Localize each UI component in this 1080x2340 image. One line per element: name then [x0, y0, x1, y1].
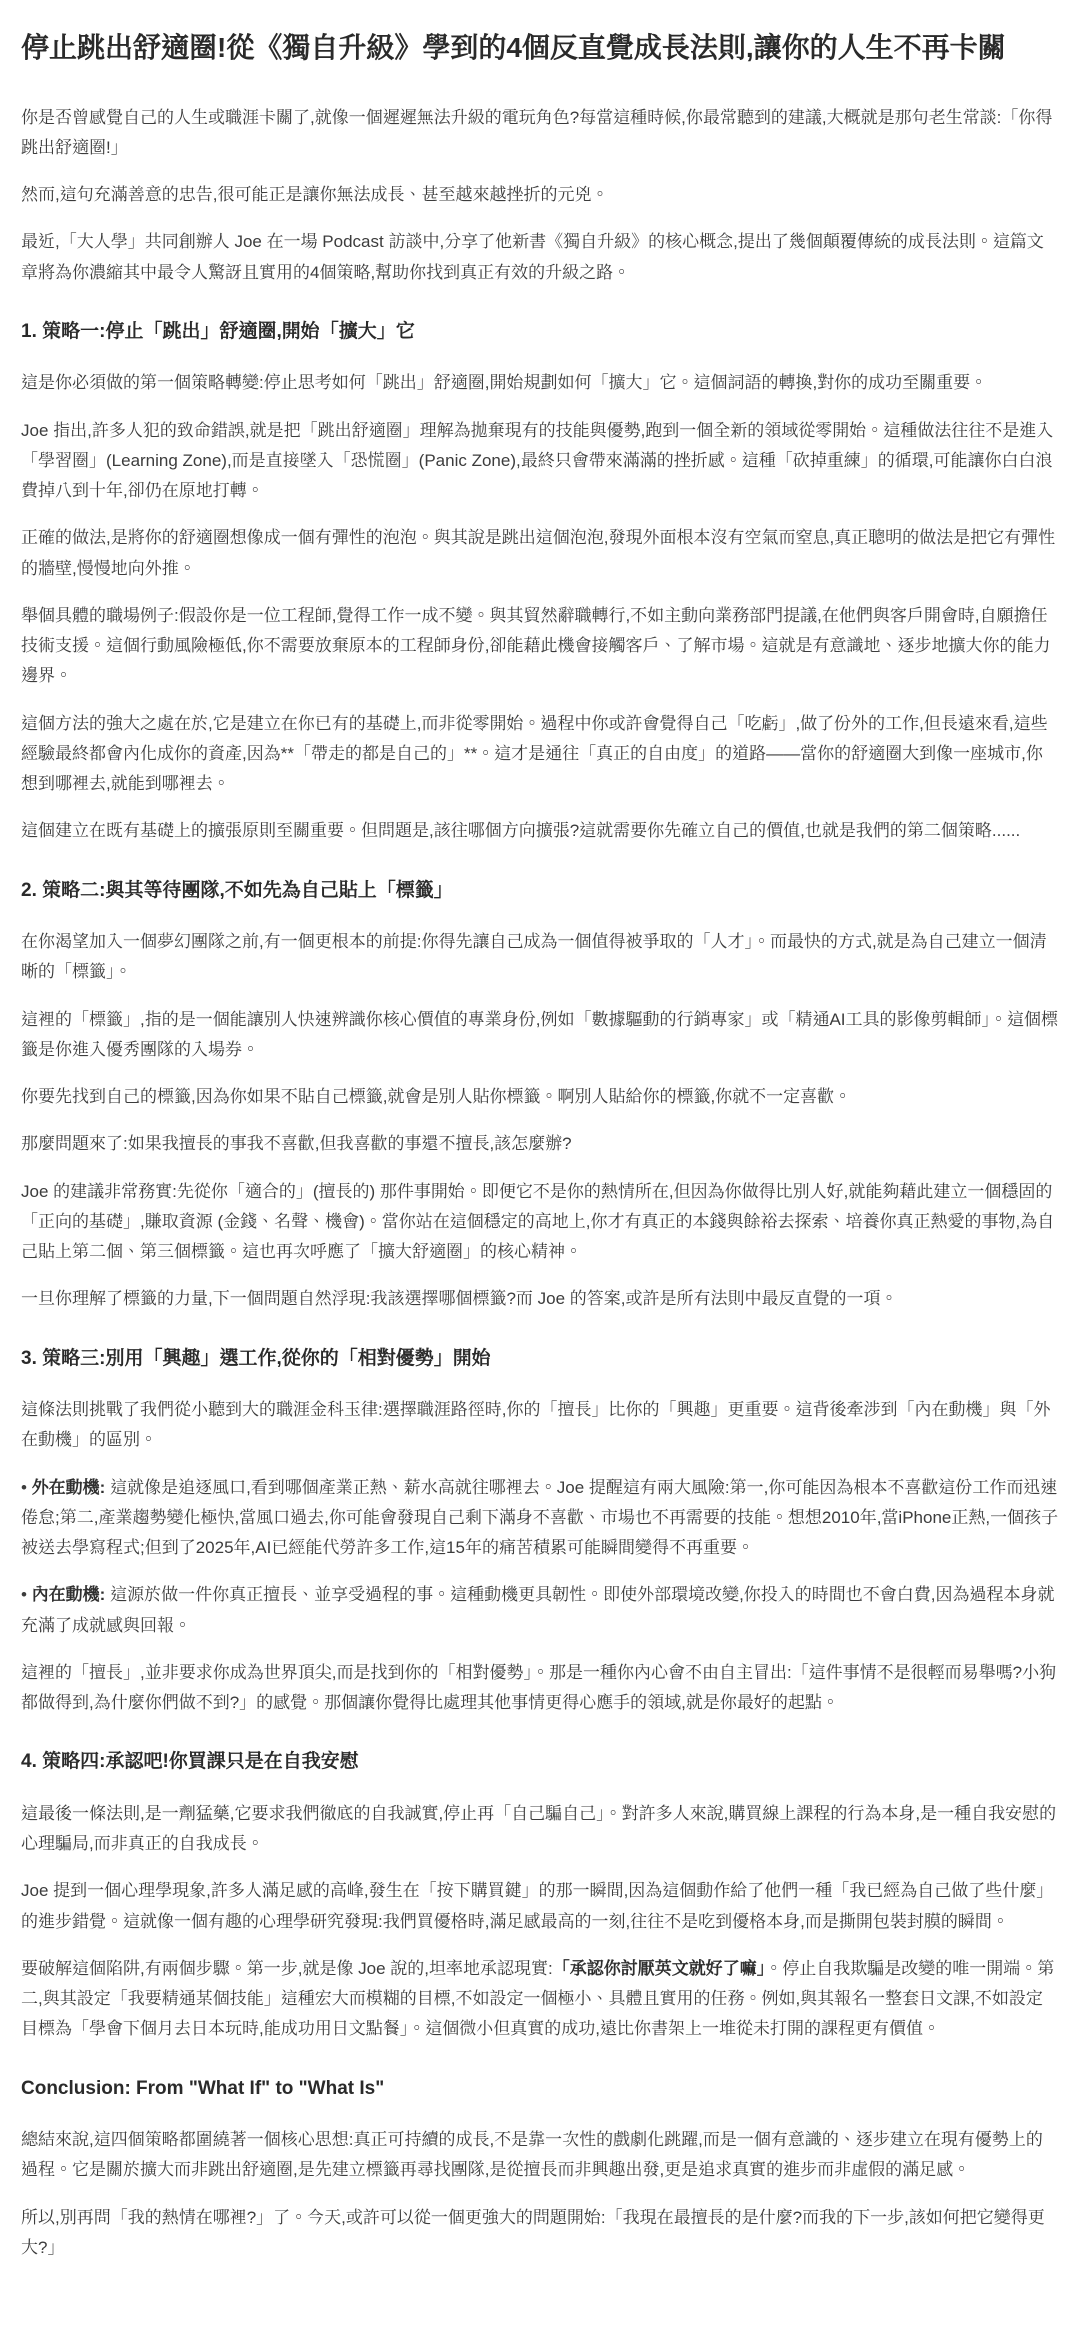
article-paragraph: 一旦你理解了標籤的力量,下一個問題自然浮現:我該選擇哪個標籤?而 Joe 的答案…	[21, 1284, 1059, 1314]
body-text: 要破解這個陷阱,有兩個步驟。第一步,就是像 Joe 說的,坦率地承認現實:	[21, 1959, 553, 1978]
section-heading: 2. 策略二:與其等待團隊,不如先為自己貼上「標籤」	[21, 877, 1059, 906]
section-heading: 1. 策略一:停止「跳出」舒適圈,開始「擴大」它	[21, 318, 1059, 347]
article-paragraph: 這條法則挑戰了我們從小聽到大的職涯金科玉律:選擇職涯路徑時,你的「擅長」比你的「…	[21, 1395, 1059, 1456]
article-page: 停止跳出舒適圈!從《獨自升級》學到的4個反直覺成長法則,讓你的人生不再卡關 你是…	[0, 0, 1080, 2340]
body-text: 總結來說,這四個策略都圍繞著一個核心思想:真正可持續的成長,不是靠一次性的戲劇化…	[21, 2130, 1043, 2179]
section-heading: 4. 策略四:承認吧!你買課只是在自我安慰	[21, 1748, 1059, 1777]
article-paragraph: 舉個具體的職場例子:假設你是一位工程師,覺得工作一成不變。與其貿然辭職轉行,不如…	[21, 601, 1059, 692]
body-text: 然而,這句充滿善意的忠告,很可能正是讓你無法成長、甚至越來越挫折的元兇。	[21, 185, 608, 204]
body-text: 這裡的「標籤」,指的是一個能讓別人快速辨識你核心價值的專業身份,例如「數據驅動的…	[21, 1010, 1058, 1059]
article-paragraph: 這是你必須做的第一個策略轉變:停止思考如何「跳出」舒適圈,開始規劃如何「擴大」它…	[21, 368, 1059, 398]
article-paragraph: 這裡的「擅長」,並非要求你成為世界頂尖,而是找到你的「相對優勢」。那是一種你內心…	[21, 1658, 1059, 1719]
article-paragraph: Joe 的建議非常務實:先從你「適合的」(擅長的) 那件事開始。即便它不是你的熱…	[21, 1177, 1059, 1268]
article-paragraph: 這最後一條法則,是一劑猛藥,它要求我們徹底的自我誠實,停止再「自己騙自己」。對許…	[21, 1799, 1059, 1860]
body-text: Joe 的建議非常務實:先從你「適合的」(擅長的) 那件事開始。即便它不是你的熱…	[21, 1182, 1054, 1262]
body-text: 舉個具體的職場例子:假設你是一位工程師,覺得工作一成不變。與其貿然辭職轉行,不如…	[21, 606, 1050, 686]
article-paragraph: 你要先找到自己的標籤,因為你如果不貼自己標籤,就會是別人貼你標籤。啊別人貼給你的…	[21, 1082, 1059, 1112]
article-paragraph: 這個建立在既有基礎上的擴張原則至關重要。但問題是,該往哪個方向擴張?這就需要你先…	[21, 816, 1059, 846]
body-text: 1. 策略一:停止「跳出」舒適圈,開始「擴大」它	[21, 321, 415, 342]
article-paragraph: Joe 指出,許多人犯的致命錯誤,就是把「跳出舒適圈」理解為拋棄現有的技能與優勢…	[21, 416, 1059, 507]
article-title: 停止跳出舒適圈!從《獨自升級》學到的4個反直覺成長法則,讓你的人生不再卡關	[21, 28, 1059, 69]
body-text: 這裡的「擅長」,並非要求你成為世界頂尖,而是找到你的「相對優勢」。那是一種你內心…	[21, 1663, 1056, 1712]
body-text: 這個建立在既有基礎上的擴張原則至關重要。但問題是,該往哪個方向擴張?這就需要你先…	[21, 821, 1020, 840]
body-text: Joe 指出,許多人犯的致命錯誤,就是把「跳出舒適圈」理解為拋棄現有的技能與優勢…	[21, 421, 1053, 501]
body-text: 最近,「大人學」共同創辦人 Joe 在一場 Podcast 訪談中,分享了他新書…	[21, 232, 1044, 281]
bold-text: 內在動機:	[32, 1585, 106, 1604]
body-text: •	[21, 1478, 32, 1497]
article-paragraph: 正確的做法,是將你的舒適圈想像成一個有彈性的泡泡。與其說是跳出這個泡泡,發現外面…	[21, 523, 1059, 584]
article-paragraph: 最近,「大人學」共同創辦人 Joe 在一場 Podcast 訪談中,分享了他新書…	[21, 227, 1059, 288]
body-text: 那麼問題來了:如果我擅長的事我不喜歡,但我喜歡的事還不擅長,該怎麼辦?	[21, 1134, 572, 1153]
body-text: 所以,別再問「我的熱情在哪裡?」了。今天,或許可以從一個更強大的問題開始:「我現…	[21, 2208, 1045, 2257]
bullet-paragraph: • 外在動機: 這就像是追逐風口,看到哪個產業正熱、薪水高就往哪裡去。Joe 提…	[21, 1473, 1059, 1564]
body-text: 這條法則挑戰了我們從小聽到大的職涯金科玉律:選擇職涯路徑時,你的「擅長」比你的「…	[21, 1400, 1050, 1449]
body-text: 2. 策略二:與其等待團隊,不如先為自己貼上「標籤」	[21, 880, 453, 901]
section-heading: 3. 策略三:別用「興趣」選工作,從你的「相對優勢」開始	[21, 1345, 1059, 1374]
bold-text: 「承認你討厭英文就好了嘛」	[553, 1959, 766, 1978]
body-text: Conclusion: From "What If" to "What Is"	[21, 2078, 384, 2099]
body-text: 你要先找到自己的標籤,因為你如果不貼自己標籤,就會是別人貼你標籤。啊別人貼給你的…	[21, 1087, 851, 1106]
bold-text: 外在動機:	[32, 1478, 106, 1497]
bullet-paragraph: • 內在動機: 這源於做一件你真正擅長、並享受過程的事。這種動機更具韌性。即使外…	[21, 1580, 1059, 1641]
body-text: 3. 策略三:別用「興趣」選工作,從你的「相對優勢」開始	[21, 1348, 491, 1369]
article-paragraph: 總結來說,這四個策略都圍繞著一個核心思想:真正可持續的成長,不是靠一次性的戲劇化…	[21, 2125, 1059, 2186]
article-paragraph: 所以,別再問「我的熱情在哪裡?」了。今天,或許可以從一個更強大的問題開始:「我現…	[21, 2203, 1059, 2264]
article-paragraph: 在你渴望加入一個夢幻團隊之前,有一個更根本的前提:你得先讓自己成為一個值得被爭取…	[21, 927, 1059, 988]
body-text: 在你渴望加入一個夢幻團隊之前,有一個更根本的前提:你得先讓自己成為一個值得被爭取…	[21, 932, 1047, 981]
article-paragraph: 你是否曾感覺自己的人生或職涯卡關了,就像一個遲遲無法升級的電玩角色?每當這種時候…	[21, 103, 1059, 164]
body-text: •	[21, 1585, 32, 1604]
article-paragraph: 那麼問題來了:如果我擅長的事我不喜歡,但我喜歡的事還不擅長,該怎麼辦?	[21, 1129, 1059, 1159]
article-paragraph: 然而,這句充滿善意的忠告,很可能正是讓你無法成長、甚至越來越挫折的元兇。	[21, 180, 1059, 210]
body-text: 一旦你理解了標籤的力量,下一個問題自然浮現:我該選擇哪個標籤?而 Joe 的答案…	[21, 1289, 897, 1308]
article-paragraph: 這裡的「標籤」,指的是一個能讓別人快速辨識你核心價值的專業身份,例如「數據驅動的…	[21, 1005, 1059, 1066]
article-paragraph: Joe 提到一個心理學現象,許多人滿足感的高峰,發生在「按下購買鍵」的那一瞬間,…	[21, 1876, 1059, 1937]
body-text: 這源於做一件你真正擅長、並享受過程的事。這種動機更具韌性。即使外部環境改變,你投…	[21, 1585, 1055, 1634]
body-text: 這個方法的強大之處在於,它是建立在你已有的基礎上,而非從零開始。過程中你或許會覺…	[21, 714, 1048, 794]
body-text: Joe 提到一個心理學現象,許多人滿足感的高峰,發生在「按下購買鍵」的那一瞬間,…	[21, 1881, 1053, 1930]
article-paragraph: 要破解這個陷阱,有兩個步驟。第一步,就是像 Joe 說的,坦率地承認現實:「承認…	[21, 1954, 1059, 2045]
article-paragraph: 這個方法的強大之處在於,它是建立在你已有的基礎上,而非從零開始。過程中你或許會覺…	[21, 709, 1059, 800]
body-text: 4. 策略四:承認吧!你買課只是在自我安慰	[21, 1751, 359, 1772]
section-heading: Conclusion: From "What If" to "What Is"	[21, 2075, 1059, 2104]
article-body: 你是否曾感覺自己的人生或職涯卡關了,就像一個遲遲無法升級的電玩角色?每當這種時候…	[21, 103, 1059, 2264]
body-text: 這是你必須做的第一個策略轉變:停止思考如何「跳出」舒適圈,開始規劃如何「擴大」它…	[21, 373, 987, 392]
body-text: 這最後一條法則,是一劑猛藥,它要求我們徹底的自我誠實,停止再「自己騙自己」。對許…	[21, 1804, 1056, 1853]
body-text: 這就像是追逐風口,看到哪個產業正熱、薪水高就往哪裡去。Joe 提醒這有兩大風險:…	[21, 1478, 1058, 1558]
body-text: 你是否曾感覺自己的人生或職涯卡關了,就像一個遲遲無法升級的電玩角色?每當這種時候…	[21, 108, 1052, 157]
body-text: 正確的做法,是將你的舒適圈想像成一個有彈性的泡泡。與其說是跳出這個泡泡,發現外面…	[21, 528, 1055, 577]
